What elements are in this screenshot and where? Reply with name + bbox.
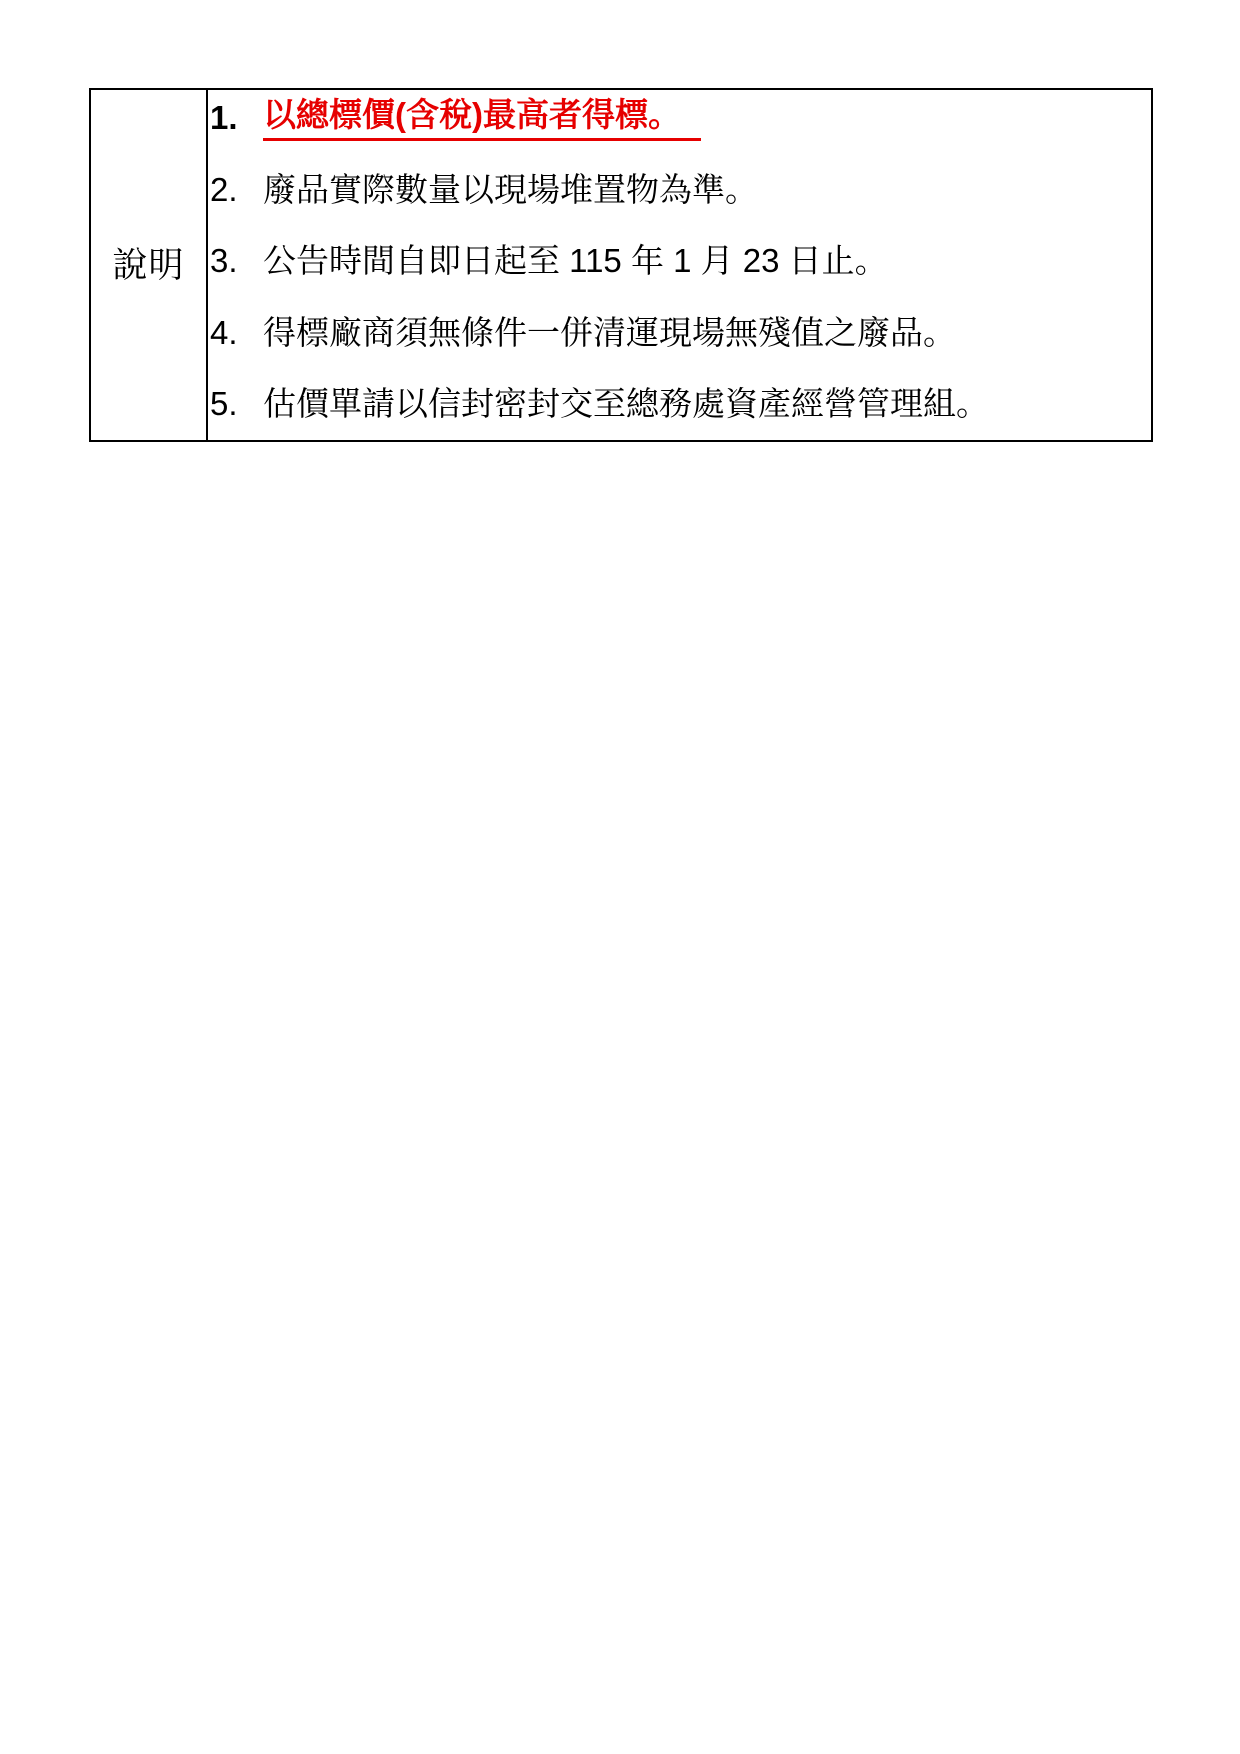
list-item: 1. 以總標價(含稅)最高者得標。 <box>208 96 1143 140</box>
list-item-number: 4. <box>208 313 263 353</box>
list-item-text: 估價單請以信封密封交至總務處資產經營管理組。 <box>263 384 989 424</box>
document-page: 說明 1. 以總標價(含稅)最高者得標。 2. 廢品實際數量以現場堆置物為準。 … <box>0 0 1240 1754</box>
list-item: 3. 公告時間自即日起至 115 年 1 月 23 日止。 <box>208 239 1143 283</box>
notice-table: 說明 1. 以總標價(含稅)最高者得標。 2. 廢品實際數量以現場堆置物為準。 … <box>89 88 1153 442</box>
notes-cell: 1. 以總標價(含稅)最高者得標。 2. 廢品實際數量以現場堆置物為準。 3. … <box>208 90 1151 440</box>
list-item-number: 3. <box>208 241 263 281</box>
list-item-text: 廢品實際數量以現場堆置物為準。 <box>263 170 758 210</box>
list-item-text: 公告時間自即日起至 115 年 1 月 23 日止。 <box>263 241 888 281</box>
row-header-label: 說明 <box>112 248 184 283</box>
list-item: 5. 估價單請以信封密封交至總務處資產經營管理組。 <box>208 382 1143 426</box>
list-item-number: 2. <box>208 170 263 210</box>
list-item: 2. 廢品實際數量以現場堆置物為準。 <box>208 168 1143 212</box>
list-item-text: 得標廠商須無條件一併清運現場無殘值之廢品。 <box>263 313 956 353</box>
list-item-text: 以總標價(含稅)最高者得標。 <box>263 95 701 141</box>
list-item: 4. 得標廠商須無條件一併清運現場無殘值之廢品。 <box>208 311 1143 355</box>
row-header-cell: 說明 <box>91 90 208 440</box>
list-item-number: 1. <box>208 98 263 138</box>
list-item-number: 5. <box>208 384 263 424</box>
